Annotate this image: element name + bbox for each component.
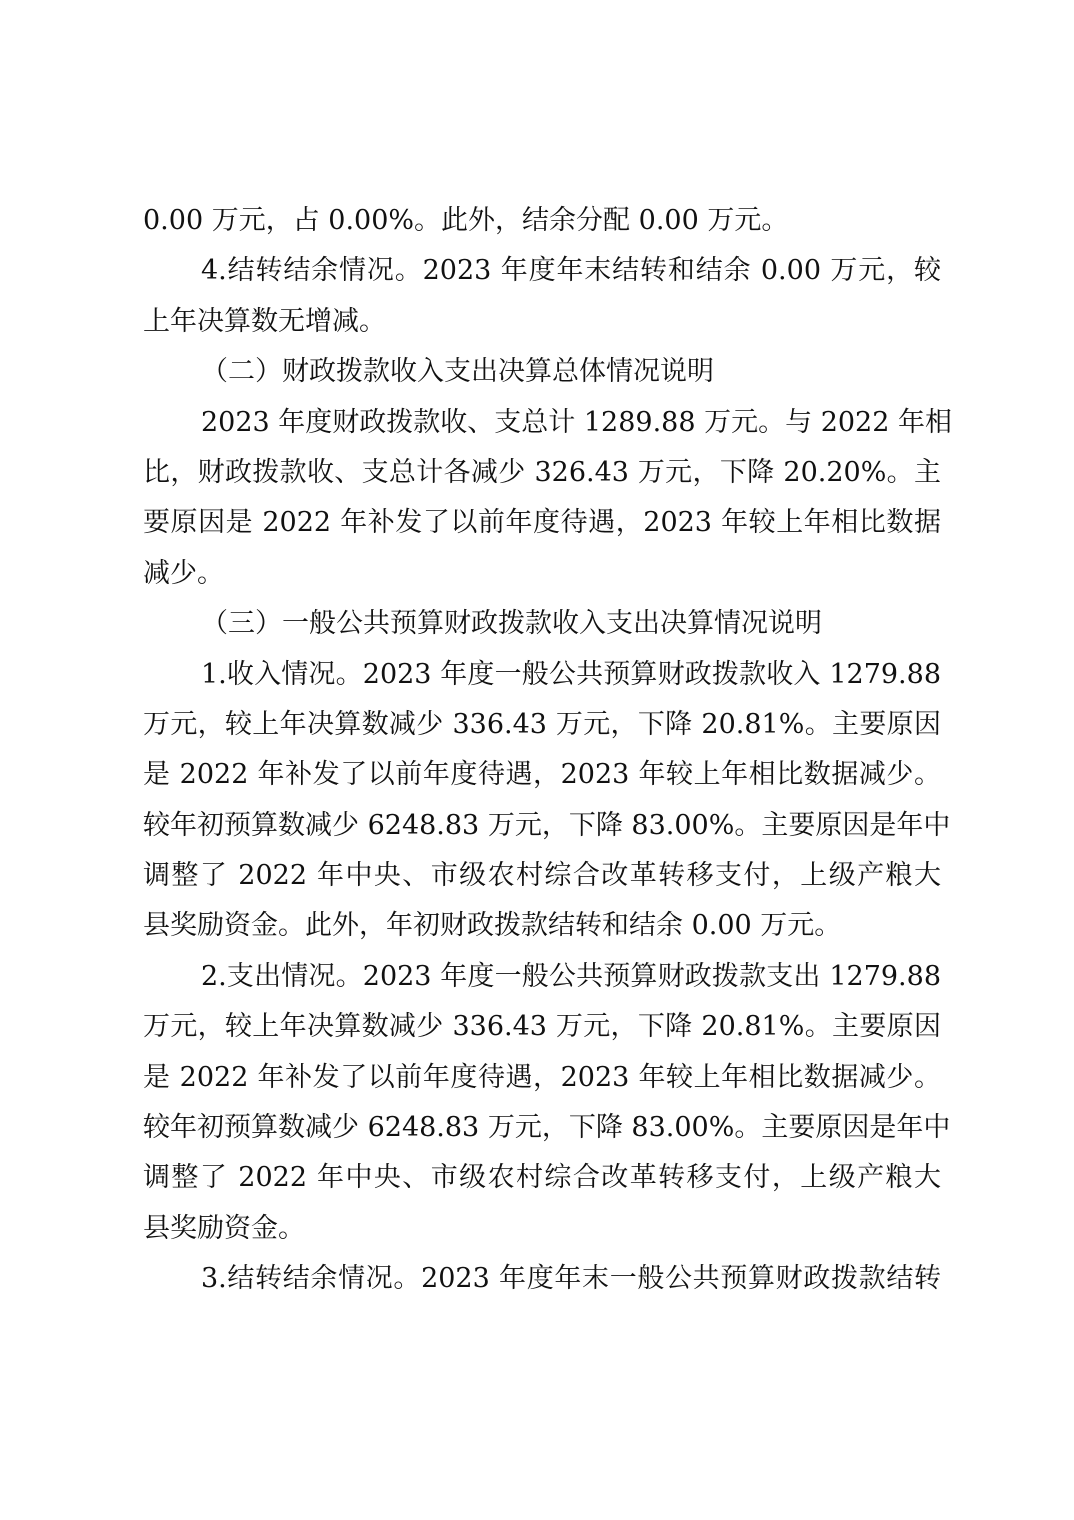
text-line: 调整了 2022 年中央、市级农村综合改革转移支付，上级产粮大 — [143, 1153, 941, 1203]
paragraph-expenditure: 2.支出情况。2023 年度一般公共预算财政拨款支出 1279.88 万元，较上… — [143, 952, 941, 1254]
text-line: 比，财政拨款收、支总计各减少 326.43 万元，下降 20.20%。主 — [143, 448, 941, 498]
text-line: 是 2022 年补发了以前年度待遇，2023 年较上年相比数据减少。 — [143, 750, 941, 800]
text-line: 0.00 万元，占 0.00%。此外，结余分配 0.00 万元。 — [143, 196, 941, 246]
text-line: 1.收入情况。2023 年度一般公共预算财政拨款收入 1279.88 — [143, 650, 941, 700]
text-line: 调整了 2022 年中央、市级农村综合改革转移支付，上级产粮大 — [143, 851, 941, 901]
text-line: 减少。 — [143, 549, 941, 599]
text-line: 较年初预算数减少 6248.83 万元，下降 83.00%。主要原因是年中 — [143, 1103, 941, 1153]
text-line: 3.结转结余情况。2023 年度年末一般公共预算财政拨款结转 — [143, 1254, 941, 1304]
paragraph-fiscal-overview: 2023 年度财政拨款收、支总计 1289.88 万元。与 2022 年相 比，… — [143, 398, 941, 600]
section-heading-3: （三）一般公共预算财政拨款收入支出决算情况说明 — [143, 599, 941, 649]
document-page: 0.00 万元，占 0.00%。此外，结余分配 0.00 万元。 4.结转结余情… — [143, 196, 941, 1305]
text-line: 上年决算数无增减。 — [143, 297, 941, 347]
text-line: 万元，较上年决算数减少 336.43 万元，下降 20.81%。主要原因 — [143, 700, 941, 750]
paragraph-carryover-status: 4.结转结余情况。2023 年度年末结转和结余 0.00 万元，较 上年决算数无… — [143, 246, 941, 347]
text-line: 4.结转结余情况。2023 年度年末结转和结余 0.00 万元，较 — [143, 246, 941, 296]
text-line: 2023 年度财政拨款收、支总计 1289.88 万元。与 2022 年相 — [143, 398, 941, 448]
paragraph-continuation: 0.00 万元，占 0.00%。此外，结余分配 0.00 万元。 — [143, 196, 941, 246]
text-line: 2.支出情况。2023 年度一般公共预算财政拨款支出 1279.88 — [143, 952, 941, 1002]
text-line: 县奖励资金。 — [143, 1204, 941, 1254]
text-line: 较年初预算数减少 6248.83 万元，下降 83.00%。主要原因是年中 — [143, 801, 941, 851]
section-heading-2: （二）财政拨款收入支出决算总体情况说明 — [143, 347, 941, 397]
paragraph-income: 1.收入情况。2023 年度一般公共预算财政拨款收入 1279.88 万元，较上… — [143, 650, 941, 952]
paragraph-carryover-general: 3.结转结余情况。2023 年度年末一般公共预算财政拨款结转 — [143, 1254, 941, 1304]
text-line: 万元，较上年决算数减少 336.43 万元，下降 20.81%。主要原因 — [143, 1002, 941, 1052]
text-line: 要原因是 2022 年补发了以前年度待遇，2023 年较上年相比数据 — [143, 498, 941, 548]
text-line: 县奖励资金。此外，年初财政拨款结转和结余 0.00 万元。 — [143, 901, 941, 951]
text-line: 是 2022 年补发了以前年度待遇，2023 年较上年相比数据减少。 — [143, 1053, 941, 1103]
